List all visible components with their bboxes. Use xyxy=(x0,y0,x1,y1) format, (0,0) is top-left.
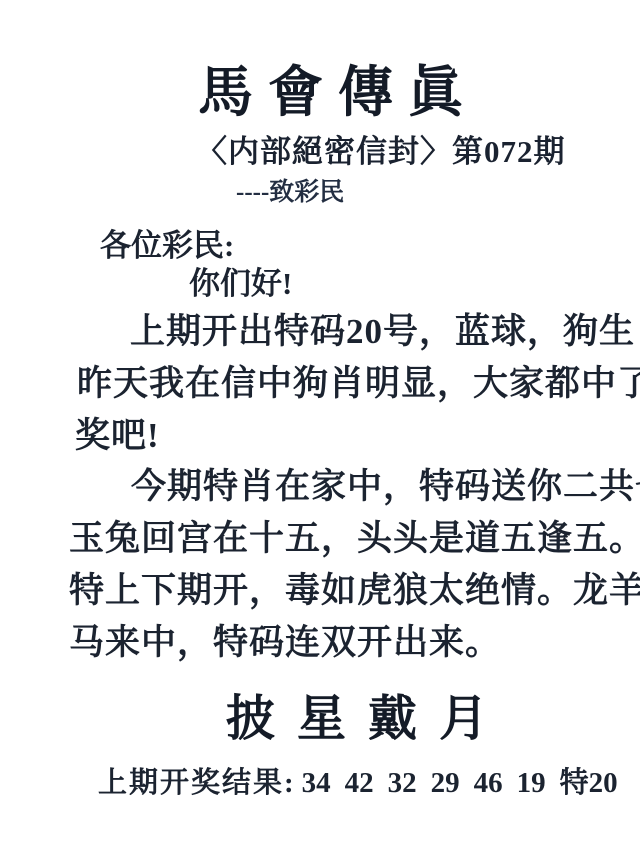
body-line-1: 上期开出特码20号，蓝球，狗生肖。 xyxy=(130,304,640,354)
result-number: 34 xyxy=(302,767,331,800)
signature-phrase: 披星戴月 xyxy=(226,680,510,750)
result-number: 46 xyxy=(474,767,503,800)
body-line-7: 马来中，特码连双开出来。 xyxy=(69,615,501,665)
result-number: 32 xyxy=(388,767,417,800)
result-number: 19 xyxy=(517,767,546,800)
issue-subtitle: 〈内部絕密信封〉第072期 xyxy=(196,126,566,171)
previous-draw-results: 上期开奖结果: 34 42 32 29 46 19 特20 xyxy=(98,760,618,801)
body-line-5: 玉兔回宫在十五，头头是道五逢五。本期 xyxy=(69,511,640,561)
dedication-line: ----致彩民 xyxy=(236,172,344,208)
body-line-2: 昨天我在信中狗肖明显，大家都中了大 xyxy=(77,356,640,406)
body-line-3: 奖吧! xyxy=(75,408,160,458)
special-number: 特20 xyxy=(560,760,618,801)
body-line-6: 特上下期开，毒如虎狼太绝情。龙羊鸡牛 xyxy=(69,563,640,613)
greeting-text: 你们好! xyxy=(189,258,292,303)
results-label: 上期开奖结果: xyxy=(98,760,296,801)
result-number: 29 xyxy=(431,767,460,800)
fax-letter-page: 馬會傳眞 〈内部絕密信封〉第072期 ----致彩民 各位彩民: 你们好! 上期… xyxy=(0,0,640,849)
body-line-4: 今期特肖在家中，特码送你二共七。 xyxy=(131,459,640,509)
result-number: 42 xyxy=(345,767,374,800)
page-title: 馬會傳眞 xyxy=(198,48,478,127)
